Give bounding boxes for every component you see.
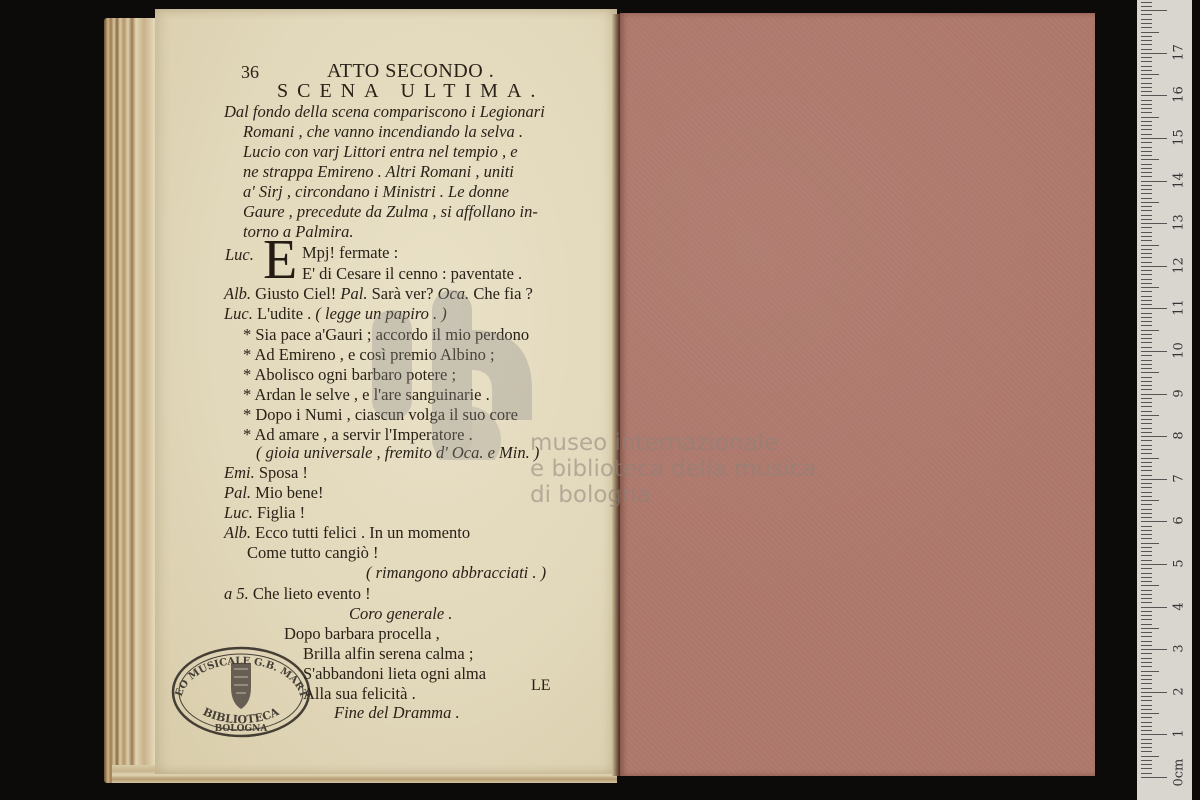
ruler-tick [1141, 347, 1152, 348]
ruler-tick [1141, 394, 1167, 395]
decree-line: * Ad amare , a servir l'Imperatore . [243, 425, 473, 445]
ruler-tick [1141, 360, 1152, 361]
ruler-tick [1141, 577, 1152, 578]
chorus-line: Dopo barbara procella , [284, 624, 440, 644]
ruler-tick [1141, 308, 1167, 309]
ruler-tick [1141, 193, 1152, 194]
dialogue-line: E' di Cesare il cenno : paventate . [302, 264, 522, 284]
stage-direction: ( rimangono abbracciati . ) [366, 563, 546, 583]
ruler-tick [1141, 266, 1167, 267]
speaker: Luc. [224, 503, 253, 522]
ruler-tick [1141, 590, 1152, 591]
ruler-tick [1141, 147, 1152, 148]
closing-line: Fine del Dramma . [334, 703, 460, 723]
chorus-line: Alla sua felicità . [303, 684, 416, 704]
ruler-label: 3 [1172, 639, 1187, 659]
ruler-tick [1141, 445, 1152, 446]
ruler-label: 9 [1172, 383, 1187, 403]
ruler-tick [1141, 419, 1152, 420]
ruler-tick [1141, 411, 1152, 412]
dialogue-text: Figlia ! [257, 503, 305, 522]
stage-direction-line: Romani , che vanno incendiando la selva … [243, 122, 523, 142]
ruler-tick [1141, 458, 1159, 459]
decree-text: Ad amare , a servir l'Imperatore . [254, 425, 472, 444]
ruler-tick [1141, 739, 1152, 740]
ruler-tick [1141, 253, 1152, 254]
ruler-label: 16 [1172, 85, 1187, 105]
ruler-tick [1141, 32, 1159, 33]
ruler-tick [1141, 773, 1152, 774]
ruler-tick [1141, 389, 1152, 390]
decree-line: * Dopo i Numi , ciascun volga il suo cor… [243, 405, 518, 425]
stage-direction-line: Dal fondo della scena compariscono i Leg… [224, 102, 545, 122]
ruler-tick [1141, 436, 1167, 437]
ruler-tick [1141, 483, 1152, 484]
drop-cap: E [263, 232, 297, 288]
ruler-tick [1141, 526, 1152, 527]
ruler-tick [1141, 683, 1152, 684]
ruler-label: 14 [1172, 170, 1187, 190]
ruler-tick [1141, 172, 1152, 173]
ruler-tick [1141, 479, 1167, 480]
ruler-tick [1141, 564, 1167, 565]
ruler-tick [1141, 334, 1152, 335]
ruler-tick [1141, 36, 1152, 37]
page-number: 36 [241, 62, 259, 83]
ruler-label: 8 [1172, 426, 1187, 446]
ruler-tick [1141, 645, 1152, 646]
ruler-tick [1141, 513, 1152, 514]
ruler-tick [1141, 747, 1152, 748]
ruler-tick [1141, 615, 1152, 616]
ruler-tick [1141, 355, 1152, 356]
ruler-tick [1141, 641, 1152, 642]
ruler-tick [1141, 300, 1152, 301]
museum-watermark-text: museo internazionale e biblioteca della … [530, 430, 816, 508]
ruler-tick [1141, 372, 1159, 373]
dialogue-row: Alb. Ecco tutti felici . In un momento [224, 523, 470, 543]
chorus-line: Brilla alfin serena calma ; [303, 644, 473, 664]
asterisk: * [243, 405, 251, 424]
ruler-tick [1141, 368, 1152, 369]
ruler-tick [1141, 121, 1152, 122]
dialogue-row: Emi. Sposa ! [224, 463, 308, 483]
ruler-label: 10 [1172, 341, 1187, 361]
ruler-tick [1141, 313, 1152, 314]
ruler-tick [1141, 283, 1152, 284]
ruler-tick [1141, 181, 1167, 182]
chorus-line: S'abbandoni lieta ogni alma [303, 664, 486, 684]
speaker: Alb. [224, 284, 251, 303]
dialogue-text: Mio bene! [255, 483, 323, 502]
ruler-tick [1141, 624, 1152, 625]
ruler-tick [1141, 185, 1152, 186]
ruler-tick [1141, 538, 1152, 539]
ruler-tick [1141, 692, 1167, 693]
ruler-tick [1141, 607, 1167, 608]
ruler-tick [1141, 768, 1152, 769]
ruler-tick [1141, 189, 1152, 190]
asterisk: * [243, 325, 251, 344]
ruler-tick [1141, 317, 1152, 318]
ruler-label: 0cm [1172, 767, 1187, 787]
ruler-tick [1141, 658, 1152, 659]
ruler-tick [1141, 462, 1152, 463]
ruler-tick [1141, 291, 1152, 292]
ruler-tick [1141, 500, 1159, 501]
ruler-tick [1141, 236, 1152, 237]
ruler-tick [1141, 453, 1152, 454]
ruler-label: 1 [1172, 724, 1187, 744]
ruler-tick [1141, 321, 1152, 322]
ruler-tick [1141, 705, 1152, 706]
ruler-tick [1141, 240, 1152, 241]
ruler-tick [1141, 2, 1152, 3]
ruler-tick [1141, 492, 1152, 493]
ruler-label: 12 [1172, 255, 1187, 275]
decree-text: Sia pace a'Gauri ; accordo il mio perdon… [255, 325, 529, 344]
ruler-tick [1141, 330, 1159, 331]
ruler-tick [1141, 74, 1159, 75]
ruler-tick [1141, 100, 1152, 101]
ruler-tick [1141, 151, 1152, 152]
ruler-tick [1141, 245, 1159, 246]
ruler-tick [1141, 57, 1152, 58]
ruler-tick [1141, 573, 1152, 574]
asterisk: * [243, 385, 251, 404]
speaker: Emi. [224, 463, 255, 482]
right-page-endpaper [620, 13, 1095, 776]
ruler-tick [1141, 734, 1167, 735]
ruler-tick [1141, 385, 1152, 386]
dialogue-text: Che lieto evento ! [253, 584, 371, 603]
asterisk: * [243, 345, 251, 364]
ruler-tick [1141, 351, 1167, 352]
ruler-tick [1141, 423, 1152, 424]
ruler-tick [1141, 700, 1152, 701]
svg-text:BOLOGNA: BOLOGNA [215, 724, 269, 734]
ruler-tick [1141, 325, 1152, 326]
ruler-tick [1141, 44, 1152, 45]
ruler-tick [1141, 475, 1152, 476]
ruler-tick [1141, 611, 1152, 612]
ruler-tick [1141, 10, 1167, 11]
ruler-tick [1141, 215, 1152, 216]
ruler-tick [1141, 117, 1159, 118]
chorus-heading: Coro generale . [349, 604, 452, 624]
ruler-label: 11 [1172, 298, 1187, 318]
dialogue-text: L'udite . [257, 304, 311, 323]
dialogue-row: Luc. L'udite . ( legge un papiro . ) [224, 304, 447, 324]
ruler-tick [1141, 679, 1152, 680]
ruler-tick [1141, 53, 1167, 54]
dialogue-row: Luc. Figlia ! [224, 503, 305, 523]
ruler-tick [1141, 112, 1152, 113]
ruler-tick [1141, 296, 1152, 297]
ruler-tick [1141, 14, 1152, 15]
decree-text: Abolisco ogni barbaro potere ; [254, 365, 456, 384]
ruler-tick [1141, 628, 1159, 629]
ruler-tick [1141, 504, 1152, 505]
dialogue-row: a 5. Che lieto evento ! [224, 584, 371, 604]
decree-line: * Ad Emireno , e così premio Albino ; [243, 345, 495, 365]
ruler-tick [1141, 249, 1152, 250]
speaker: Pal. [340, 284, 367, 303]
ruler-tick [1141, 517, 1152, 518]
dialogue-row: Pal. Mio bene! [224, 483, 323, 503]
dialogue-line: Come tutto cangiò ! [247, 543, 379, 563]
ruler-tick [1141, 206, 1152, 207]
speaker: Oca. [438, 284, 470, 303]
ruler-tick [1141, 487, 1152, 488]
speaker: Alb. [224, 523, 251, 542]
ruler-tick [1141, 66, 1152, 67]
ruler-tick [1141, 653, 1152, 654]
speaker: Luc. [225, 245, 254, 265]
ruler-tick [1141, 709, 1152, 710]
asterisk: * [243, 365, 251, 384]
ruler-tick [1141, 713, 1159, 714]
stage-direction-line: Lucio con varj Littori entra nel tempio … [243, 142, 518, 162]
stage-direction-line: torno a Palmira. [243, 222, 353, 242]
dialogue-text: Giusto Ciel! [255, 284, 336, 303]
ruler-tick [1141, 675, 1152, 676]
ruler-tick [1141, 406, 1152, 407]
ruler-tick [1141, 279, 1152, 280]
watermark-line: di bologna [530, 482, 816, 508]
catchword: LE [531, 677, 551, 695]
ruler-label: 2 [1172, 681, 1187, 701]
ruler-tick [1141, 662, 1152, 663]
ruler-tick [1141, 6, 1152, 7]
ruler-tick [1141, 262, 1152, 263]
ruler-tick [1141, 27, 1152, 28]
ruler-tick [1141, 223, 1167, 224]
watermark-line: e biblioteca della musica [530, 456, 816, 482]
ruler-tick [1141, 287, 1159, 288]
ruler-tick [1141, 381, 1152, 382]
ruler-label: 13 [1172, 213, 1187, 233]
ruler-tick [1141, 585, 1159, 586]
ruler-tick [1141, 777, 1167, 778]
ruler-tick [1141, 40, 1152, 41]
ruler-label: 5 [1172, 554, 1187, 574]
ruler-tick [1141, 377, 1152, 378]
decree-text: Ardan le selve , e l'are sanguinarie . [254, 385, 489, 404]
ruler-tick [1141, 142, 1152, 143]
ruler-tick [1141, 274, 1152, 275]
decree-line: * Abolisco ogni barbaro potere ; [243, 365, 456, 385]
ruler-tick [1141, 304, 1152, 305]
asterisk: * [243, 425, 251, 444]
ruler-tick [1141, 198, 1152, 199]
ruler-tick [1141, 155, 1152, 156]
ruler-tick [1141, 568, 1152, 569]
ruler-tick [1141, 232, 1152, 233]
ruler-tick [1141, 270, 1152, 271]
ruler-tick [1141, 764, 1152, 765]
ruler-tick [1141, 717, 1152, 718]
ruler-tick [1141, 581, 1152, 582]
ruler-tick [1141, 202, 1159, 203]
ruler-tick [1141, 342, 1152, 343]
ruler-tick [1141, 649, 1167, 650]
ruler-tick [1141, 751, 1152, 752]
ruler-tick [1141, 743, 1152, 744]
ruler-tick [1141, 164, 1152, 165]
ruler-tick [1141, 632, 1152, 633]
ruler-tick [1141, 108, 1152, 109]
ruler-tick [1141, 688, 1152, 689]
ruler-tick [1141, 257, 1152, 258]
decree-line: * Sia pace a'Gauri ; accordo il mio perd… [243, 325, 529, 345]
ruler-tick [1141, 61, 1152, 62]
ruler-tick [1141, 49, 1152, 50]
ruler-tick [1141, 338, 1152, 339]
ruler-tick [1141, 78, 1152, 79]
decree-text: Dopo i Numi , ciascun volga il suo core [255, 405, 518, 424]
ruler-tick [1141, 760, 1152, 761]
stage-direction-line: Gaure , precedute da Zulma , si affollan… [243, 202, 538, 222]
ruler-tick [1141, 428, 1152, 429]
ruler-tick [1141, 730, 1152, 731]
watermark-line: museo internazionale [530, 430, 816, 456]
ruler-tick [1141, 219, 1152, 220]
ruler-tick [1141, 449, 1152, 450]
ruler-tick [1141, 543, 1159, 544]
ruler-tick [1141, 671, 1159, 672]
ruler-tick [1141, 91, 1152, 92]
ruler-tick [1141, 432, 1152, 433]
stage-direction: ( legge un papiro . ) [315, 304, 446, 323]
ruler-tick [1141, 125, 1152, 126]
ruler-tick [1141, 598, 1152, 599]
ruler-label: 6 [1172, 511, 1187, 531]
dialogue-text: Sposa ! [259, 463, 308, 482]
decree-line: * Ardan le selve , e l'are sanguinarie . [243, 385, 490, 405]
ruler-tick [1141, 70, 1152, 71]
ruler-tick [1141, 398, 1152, 399]
stage-direction: ( gioia universale , fremito d' Oca. e M… [256, 443, 539, 463]
ruler-label: 7 [1172, 468, 1187, 488]
ruler-tick [1141, 619, 1152, 620]
ruler-tick [1141, 134, 1152, 135]
ruler-label: 4 [1172, 596, 1187, 616]
document-scan: 0cm1234567891011121314151617 36 ATTO SEC… [0, 0, 1200, 800]
speaker: a 5. [224, 584, 249, 603]
ruler-tick [1141, 551, 1152, 552]
ruler-tick [1141, 666, 1152, 667]
decree-text: Ad Emireno , e così premio Albino ; [254, 345, 494, 364]
measurement-ruler: 0cm1234567891011121314151617 [1137, 0, 1192, 800]
ruler-tick [1141, 95, 1167, 96]
ruler-tick [1141, 168, 1152, 169]
ruler-tick [1141, 470, 1152, 471]
ruler-tick [1141, 509, 1152, 510]
dialogue-text: Ecco tutti felici . In un momento [255, 523, 470, 542]
stage-direction-line: ne strappa Emireno . Altri Romani , unit… [243, 162, 514, 182]
ruler-label: 17 [1172, 42, 1187, 62]
ruler-tick [1141, 402, 1152, 403]
speaker: Pal. [224, 483, 251, 502]
library-stamp-icon: LICEO MUSICALE G.B. MARTINI BIBLIOTECA B… [170, 645, 312, 740]
ruler-tick [1141, 636, 1152, 637]
ruler-tick [1141, 415, 1159, 416]
ruler-tick [1141, 726, 1152, 727]
ruler-tick [1141, 104, 1152, 105]
ruler-tick [1141, 87, 1152, 88]
ruler-tick [1141, 159, 1159, 160]
ruler-tick [1141, 534, 1152, 535]
ruler-tick [1141, 227, 1152, 228]
ruler-tick [1141, 23, 1152, 24]
dialogue-line: Mpj! fermate : [302, 243, 398, 263]
ruler-tick [1141, 560, 1152, 561]
speaker: Luc. [224, 304, 253, 323]
scene-heading: SCENA ULTIMA. [277, 80, 544, 103]
dialogue-text: Sarà ver? [372, 284, 434, 303]
dialogue-text: Che fia ? [473, 284, 533, 303]
ruler-tick [1141, 83, 1152, 84]
ruler-tick [1141, 496, 1152, 497]
ruler-tick [1141, 129, 1152, 130]
ruler-tick [1141, 547, 1152, 548]
ruler-tick [1141, 176, 1152, 177]
ruler-tick [1141, 466, 1152, 467]
ruler-tick [1141, 696, 1152, 697]
ruler-tick [1141, 602, 1152, 603]
ruler-tick [1141, 210, 1152, 211]
ruler-tick [1141, 138, 1167, 139]
ruler-label: 15 [1172, 128, 1187, 148]
stage-direction-line: a' Sirj , circondano i Ministri . Le don… [243, 182, 509, 202]
ruler-tick [1141, 722, 1152, 723]
ruler-tick [1141, 364, 1152, 365]
ruler-tick [1141, 521, 1167, 522]
ruler-tick [1141, 555, 1152, 556]
ruler-tick [1141, 19, 1152, 20]
ruler-tick [1141, 440, 1152, 441]
dialogue-row: Alb. Giusto Ciel! Pal. Sarà ver? Oca. Ch… [224, 284, 533, 304]
ruler-tick [1141, 594, 1152, 595]
ruler-tick [1141, 756, 1159, 757]
ruler-tick [1141, 530, 1152, 531]
